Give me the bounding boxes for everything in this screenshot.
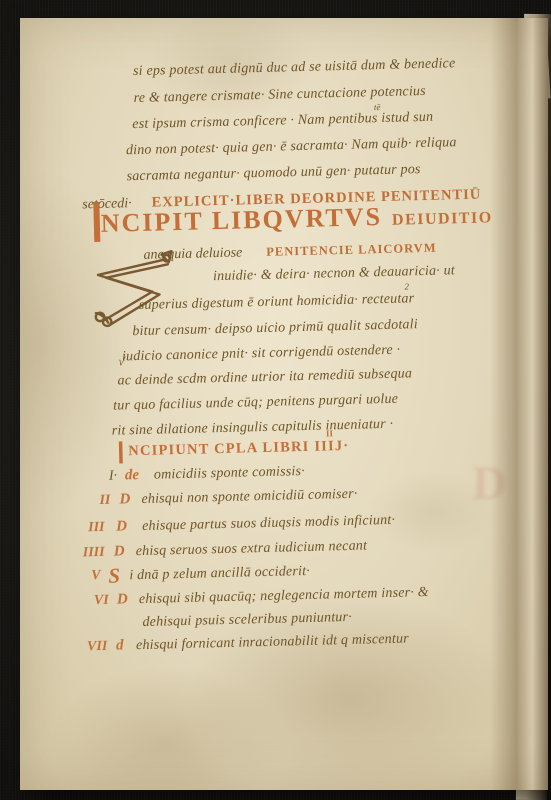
chapter-numeral: I·: [109, 469, 118, 485]
text-line: sacramta negantur· quomodo unū gen· puta…: [126, 163, 420, 184]
text-line: rit sine dilatione insingulis capitulis …: [112, 418, 394, 439]
text-line: est ipsum crisma conficere · Nam pentibu…: [132, 111, 433, 132]
text-line: re & tangere crismate· Sine cunctacione …: [134, 85, 426, 106]
text-line: dino non potest· quia gen· ē sacramta· N…: [126, 136, 457, 158]
chapter-lead: D: [114, 543, 125, 560]
incipit-subtitle: DEIUDITIO: [392, 209, 493, 228]
chapter-text: i dnā p zelum ancillā occiderit·: [129, 564, 310, 584]
text-line: superius digestum ē oriunt homicidia· re…: [139, 292, 415, 313]
chapter-text: dehisqui psuis sceleribus puniuntur·: [142, 610, 352, 631]
chapter-lead: de: [125, 467, 140, 484]
interlinear-note: tē: [374, 102, 381, 112]
chapter-lead: d: [116, 637, 124, 654]
chapter-numeral: VI: [94, 593, 109, 609]
manuscript-photo: D si eps potest aut dignū duc ad se uisi…: [0, 0, 551, 800]
manuscript-page: D si eps potest aut dignū duc ad se uisi…: [20, 18, 548, 790]
capitula-heading-text: NCIPIUNT CPLA LIBRI IIIJ·: [128, 438, 349, 459]
chapter-lead: D: [117, 591, 128, 608]
chapter-lead: D: [116, 518, 127, 535]
chapter-numeral: III: [88, 520, 105, 536]
chapter-text: ehisq seruos suos extra iudicium necant: [136, 538, 368, 560]
interlinear-note: 2: [404, 281, 409, 291]
text-line: si eps potest aut dignū duc ad se uisitā…: [133, 57, 456, 79]
text-line: iudicio canonice pnit· sit corrigendū os…: [122, 344, 401, 365]
capitula-superscript: II: [326, 428, 333, 438]
chapter-lead: S: [108, 564, 120, 589]
chapter-numeral: II: [99, 493, 110, 509]
rubric-penitencie: PENITENCIE LAICORVM: [266, 241, 437, 259]
capitula-initial-i: I: [117, 438, 124, 467]
chapter-text: ehisque partus suos diuqsis modis infici…: [142, 513, 395, 535]
text-line: inuidie· & deira· necnon & deauaricia· u…: [213, 264, 455, 284]
capitula-heading: NCIPIUNT CPLA LIBRI IIIJ· II: [128, 437, 349, 460]
text-block: si eps potest aut dignū duc ad se uisitā…: [10, 8, 551, 793]
incipit-title: NCIPIT LIBQVRTVS: [100, 202, 382, 238]
chapter-numeral: IIII: [83, 545, 105, 562]
opening-text: ane quia deluiose: [143, 245, 242, 262]
chapter-lead: D: [119, 491, 130, 508]
text-line: tur quo facilius unde cūq; penitens purg…: [113, 393, 398, 414]
chapter-text: ehisqui sibi quacūq; neglegencia mortem …: [139, 585, 429, 608]
chapter-text: ehisqui non sponte omicidiū comiser·: [141, 487, 357, 508]
chapter-numeral: V: [91, 568, 101, 584]
text-line: ac deinde scdm ordine utrior ita remediū…: [117, 367, 412, 388]
chapter-text: ehisqui fornicant inracionabilit idt q m…: [136, 631, 409, 654]
chapter-text: omicidiis sponte comissis·: [154, 464, 305, 484]
chapter-numeral: VII: [87, 639, 108, 655]
opening-line-1: ane quia deluiosePENITENCIE LAICORVM: [143, 239, 436, 264]
